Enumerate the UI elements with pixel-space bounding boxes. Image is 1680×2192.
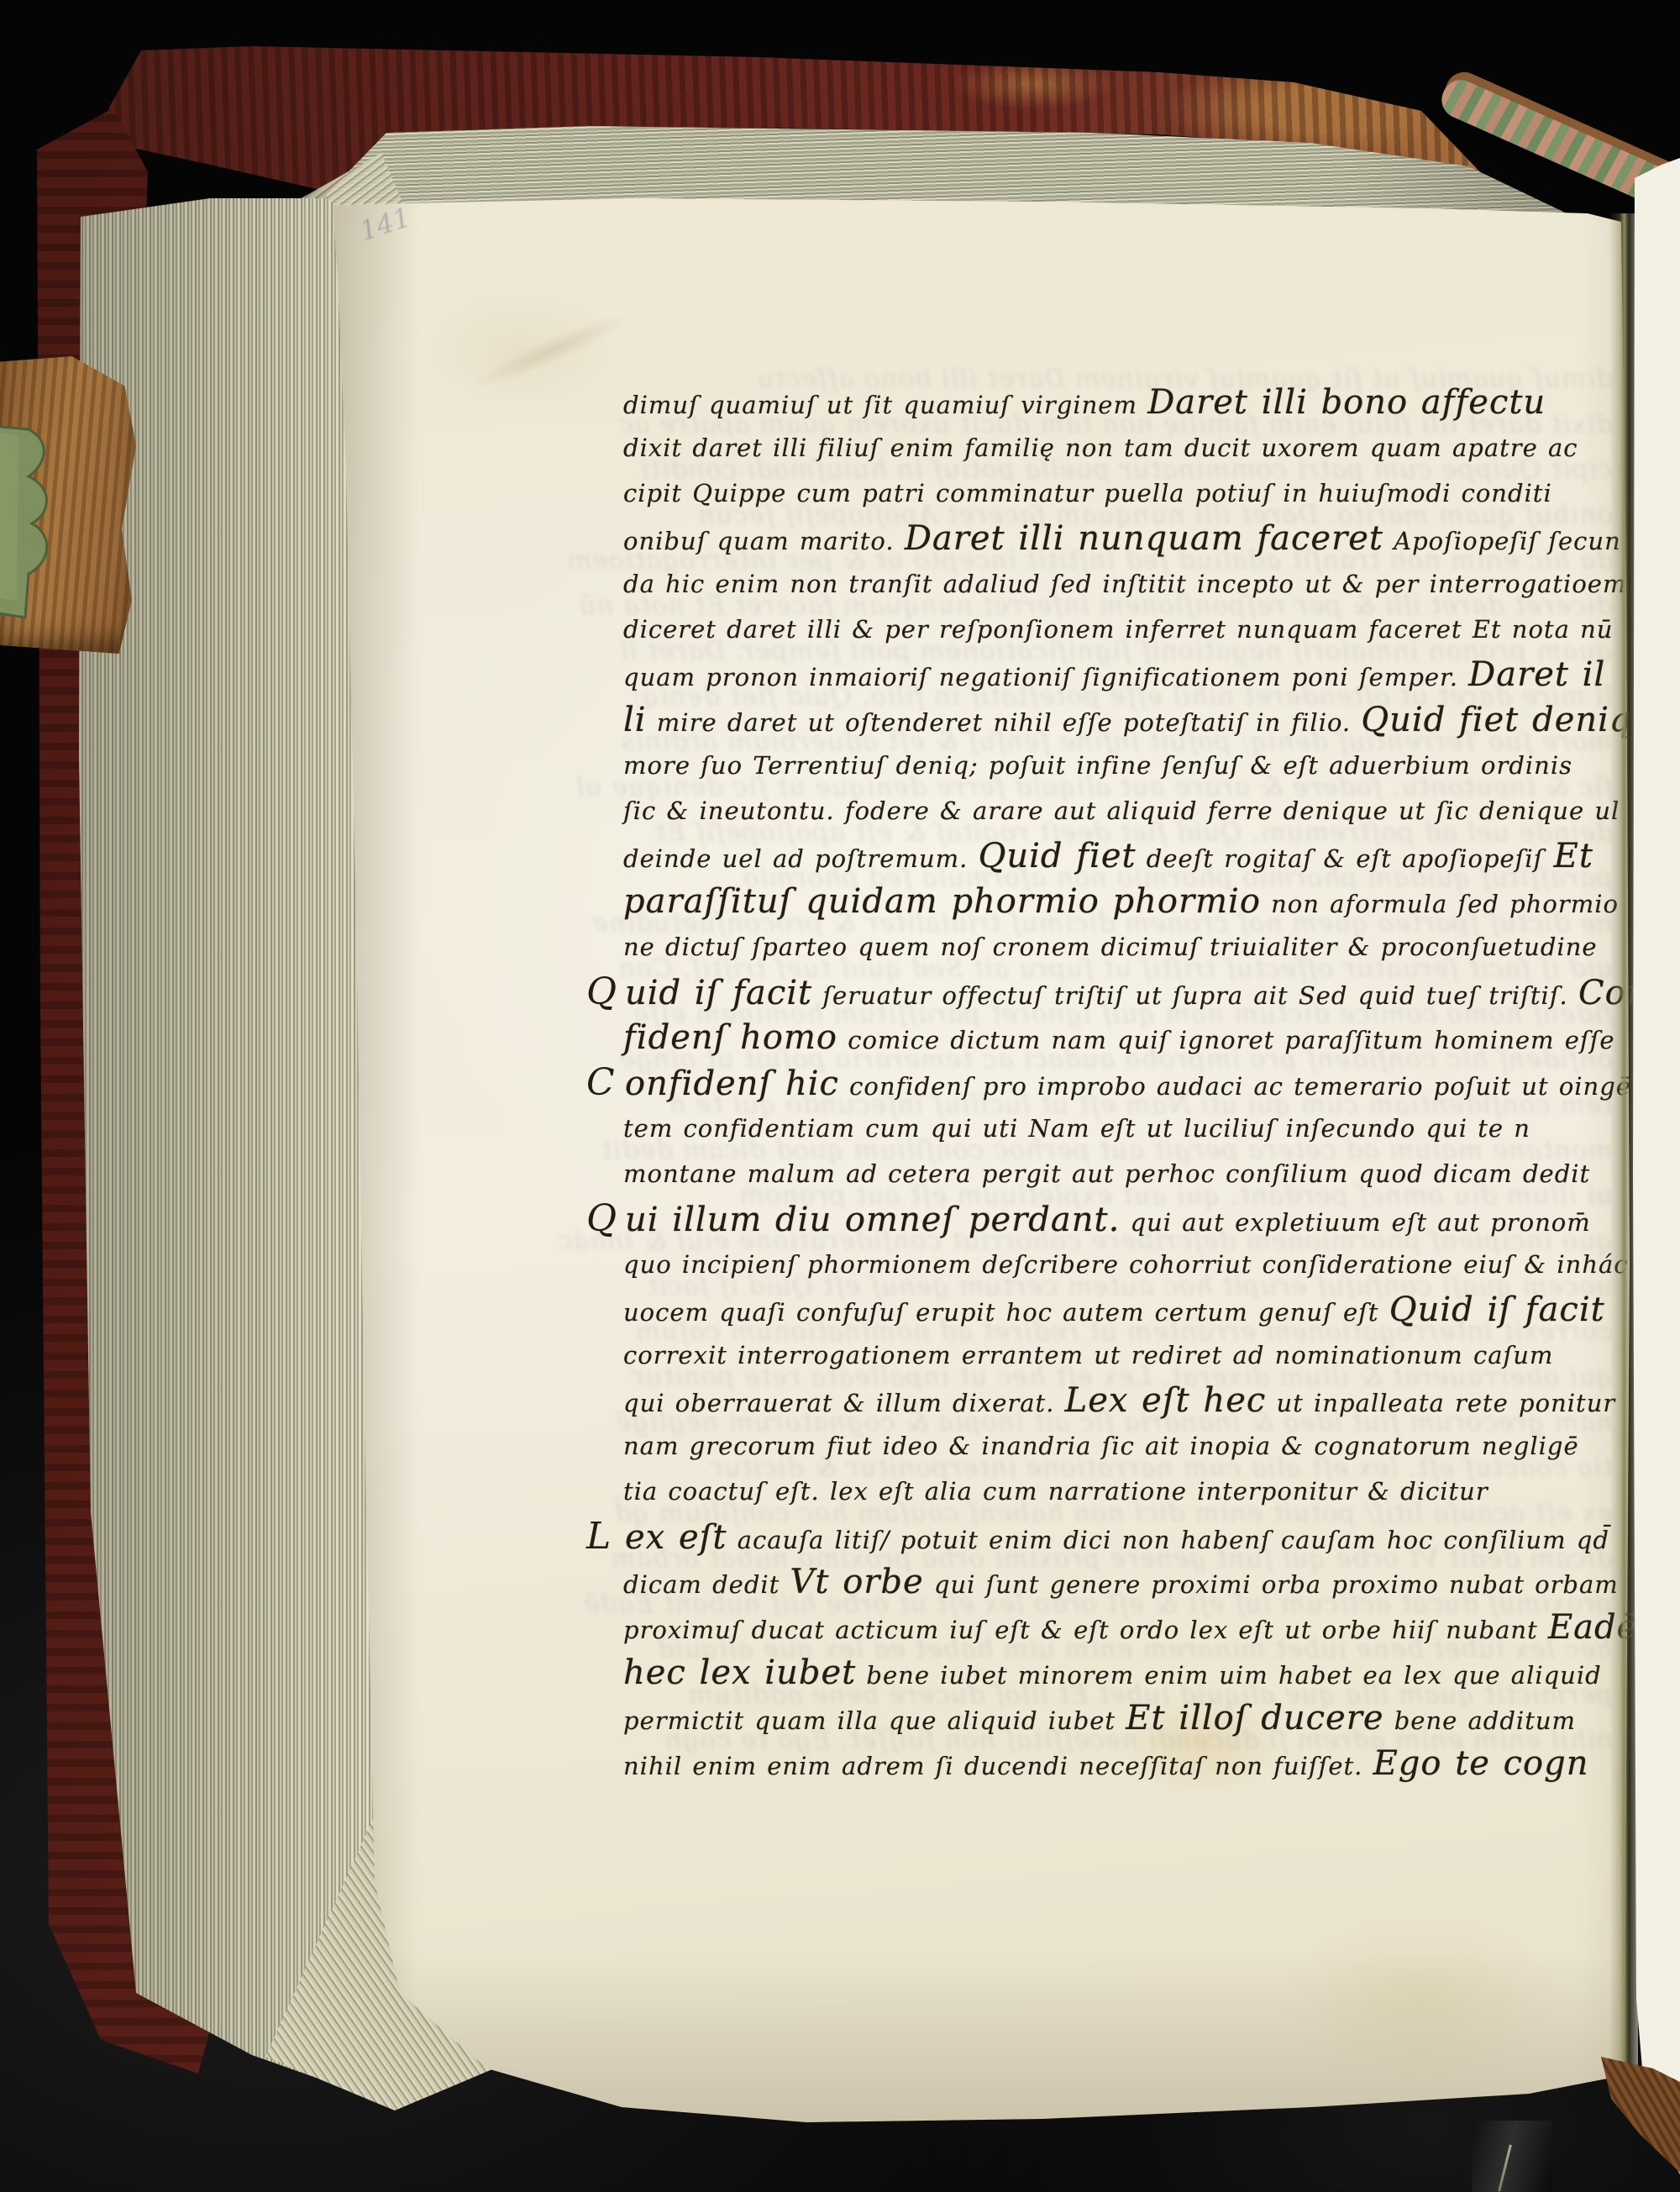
- manuscript-line: onibuſ quam marito. Daret illi nunquam f…: [586, 516, 1645, 561]
- manuscript-line: ne dictuſ ſparteo quem noſ cronem dicimu…: [586, 924, 1645, 970]
- gloss-text: quo incipienſ phormionem deſcribere coho…: [623, 1250, 1629, 1279]
- lemma-text: Daret illi nunquam faceret: [905, 519, 1383, 558]
- gloss-text: nam grecorum fiut ideo & inandria ſic ai…: [623, 1432, 1579, 1460]
- lemma-text: Quid fiet: [979, 837, 1137, 875]
- manuscript-line: quo incipienſ phormionem deſcribere coho…: [586, 1242, 1645, 1287]
- manuscript-line: da hic enim non tranſit adaliud ſed inſt…: [586, 561, 1645, 607]
- manuscript-line: qui oberrauerat & illum dixerat. Lex eſt…: [586, 1378, 1645, 1423]
- manuscript-line: Qui illum diu omneſ perdant. qui aut exp…: [586, 1196, 1645, 1242]
- gloss-text: da hic enim non tranſit adaliud ſed inſt…: [623, 570, 1626, 598]
- manuscript-line: more ſuo Terrentiuſ deniq; poſuit infine…: [586, 743, 1645, 788]
- manuscript-line: paraſſituſ quidam phormio phormio non af…: [586, 879, 1645, 924]
- lemma-text: hec lex iubet: [623, 1653, 856, 1692]
- gloss-text: dimuſ quamiuſ ut ſit quamiuſ virginem: [623, 391, 1147, 419]
- lemma-text: onfidenſ hic: [625, 1064, 839, 1103]
- lemma-text: Lex eſt hec: [1065, 1381, 1267, 1420]
- gloss-text: ſic & ineutontu. fodere & arare aut aliq…: [623, 796, 1620, 825]
- gloss-text: qui ſunt genere proximi orba proximo nub…: [924, 1570, 1619, 1599]
- manuscript-line: quam pronon inmaioriſ negationiſ ſignifi…: [586, 652, 1645, 697]
- manuscript-line: nam grecorum fiut ideo & inandria ſic ai…: [586, 1423, 1645, 1469]
- manuscript-line: diceret daret illi & per reſponſionem in…: [586, 607, 1645, 652]
- manuscript-line: nihil enim enim adrem ſi ducendi neceſſi…: [586, 1741, 1645, 1786]
- gloss-text: tem confidentiam cum qui uti Nam eſt ut …: [623, 1114, 1530, 1143]
- gloss-text: non aformula ſed phormio: [1261, 890, 1619, 918]
- gloss-text: Apoſiopeſiſ ſecun: [1383, 527, 1621, 555]
- gloss-text: bene additum: [1384, 1706, 1577, 1735]
- gloss-text: comice dictum nam quiſ ignoret paraſſitu…: [837, 1026, 1615, 1054]
- lemma-text: ex eſt: [625, 1518, 727, 1557]
- gloss-text: ut inpalleata rete ponitur: [1266, 1389, 1615, 1417]
- gloss-text: cipit Quippe cum patri comminatur puella…: [623, 479, 1552, 507]
- manuscript-line: dimuſ quamiuſ ut ſit quamiuſ virginem Da…: [586, 380, 1645, 425]
- gloss-text: nihil enim enim adrem ſi ducendi neceſſi…: [623, 1752, 1373, 1780]
- clasp-metal-fitting: [0, 424, 69, 622]
- lemma-text: Quid iſ facit: [1389, 1290, 1605, 1329]
- manuscript-line: permictit quam illa que aliquid iubet Et…: [586, 1695, 1645, 1741]
- lemma-text: paraſſituſ quidam phormio phormio: [623, 882, 1261, 921]
- manuscript-line: tem confidentiam cum qui uti Nam eſt ut …: [586, 1106, 1645, 1151]
- gloss-text: ne dictuſ ſparteo quem noſ cronem dicimu…: [623, 933, 1598, 961]
- lemma-text: fidenſ homo: [623, 1018, 837, 1057]
- lemma-text: Et: [1554, 837, 1593, 875]
- gloss-text: diceret daret illi & per reſponſionem in…: [623, 615, 1613, 644]
- gloss-text: acauſa litiſ/ potuit enim dici non haben…: [727, 1526, 1609, 1554]
- gloss-text: deinde uel ad poſtremum.: [623, 844, 979, 873]
- lemma-text: li: [623, 701, 647, 739]
- margin-initial: L: [586, 1514, 625, 1559]
- lemma-text: Daret illi bono affectu: [1147, 383, 1546, 422]
- lemma-text: uid iſ facit: [625, 974, 812, 1012]
- manuscript-line: deinde uel ad poſtremum. Quid fiet deeſt…: [586, 833, 1645, 879]
- manuscript-text-block: dimuſ quamiuſ ut ſit quamiuſ virginem Da…: [586, 380, 1645, 1786]
- manuscript-line: cipit Quippe cum patri comminatur puella…: [586, 470, 1645, 516]
- gloss-text: ſeruatur offectuſ triſtiſ ut ſupra ait S…: [812, 981, 1578, 1010]
- gloss-text: deeſt rogitaſ & eſt apoſiopeſiſ: [1137, 844, 1554, 873]
- gloss-text: proximuſ ducat acticum iuſ eſt & eſt ord…: [623, 1616, 1548, 1644]
- gloss-text: confidenſ pro improbo audaci ac temerari…: [839, 1072, 1631, 1101]
- manuscript-line: dixit daret illi filiuſ enim familię non…: [586, 425, 1645, 470]
- manuscript-line: Lex eſt acauſa litiſ/ potuit enim dici n…: [586, 1514, 1645, 1559]
- gloss-text: tia coactuſ eſt. lex eſt alia cum narrat…: [623, 1477, 1488, 1506]
- manuscript-line: ſic & ineutontu. fodere & arare aut aliq…: [586, 788, 1645, 833]
- margin-initial: C: [586, 1060, 625, 1106]
- photo-backdrop: 141 dimuſ quamiuſ ut ſit quamiuſ virgine…: [0, 0, 1680, 2192]
- manuscript-line: correxit interrogationem errantem ut red…: [586, 1333, 1645, 1378]
- manuscript-line: hec lex iubet bene iubet minorem enim ui…: [586, 1650, 1645, 1695]
- manuscript-line: montane malum ad cetera pergit aut perho…: [586, 1151, 1645, 1196]
- gloss-text: permictit quam illa que aliquid iubet: [623, 1706, 1126, 1735]
- gloss-text: mire daret ut oſtenderet nihil eſſe pote…: [647, 708, 1362, 737]
- manuscript-line: Quid iſ facit ſeruatur offectuſ triſtiſ …: [586, 970, 1645, 1015]
- gloss-text: dicam dedit: [623, 1570, 790, 1599]
- gloss-text: correxit interrogationem errantem ut red…: [623, 1341, 1553, 1369]
- lemma-text: ui illum diu omneſ perdant.: [625, 1201, 1120, 1239]
- lemma-text: Et illoſ ducere: [1126, 1699, 1383, 1737]
- manuscript-line: fidenſ homo comice dictum nam quiſ ignor…: [586, 1015, 1645, 1060]
- gloss-text: quam pronon inmaioriſ negationiſ ſignifi…: [623, 663, 1468, 691]
- manuscript-line: Confidenſ hic confidenſ pro improbo auda…: [586, 1060, 1645, 1106]
- manuscript-line: uocem quaſi confuſuſ erupit hoc autem ce…: [586, 1287, 1645, 1333]
- gloss-text: uocem quaſi confuſuſ erupit hoc autem ce…: [623, 1298, 1389, 1327]
- lemma-text: Quid fiet deniq:: [1361, 701, 1644, 739]
- margin-initial: Q: [586, 970, 625, 1015]
- gloss-text: montane malum ad cetera pergit aut perho…: [623, 1159, 1590, 1188]
- lemma-text: Ego te cogn: [1373, 1744, 1589, 1783]
- gloss-text: qui oberrauerat & illum dixerat.: [623, 1389, 1065, 1417]
- lemma-text: Daret il: [1468, 655, 1605, 694]
- gloss-text: onibuſ quam marito.: [623, 527, 905, 555]
- manuscript-line: dicam dedit Vt orbe qui ſunt genere prox…: [586, 1559, 1645, 1605]
- gloss-text: more ſuo Terrentiuſ deniq; poſuit infine…: [623, 751, 1572, 780]
- margin-initial: Q: [586, 1196, 625, 1242]
- manuscript-line: proximuſ ducat acticum iuſ eſt & eſt ord…: [586, 1605, 1645, 1650]
- gloss-text: qui aut expletiuum eſt aut pronom̄: [1120, 1208, 1590, 1237]
- book-support-strap: [1472, 2121, 1552, 2192]
- manuscript-line: tia coactuſ eſt. lex eſt alia cum narrat…: [586, 1469, 1645, 1514]
- gloss-text: bene iubet minorem enim uim habet ea lex…: [856, 1661, 1602, 1690]
- lemma-text: Vt orbe: [790, 1563, 924, 1601]
- gloss-text: dixit daret illi filiuſ enim familię non…: [623, 434, 1578, 462]
- manuscript-line: li mire daret ut oſtenderet nihil eſſe p…: [586, 697, 1645, 743]
